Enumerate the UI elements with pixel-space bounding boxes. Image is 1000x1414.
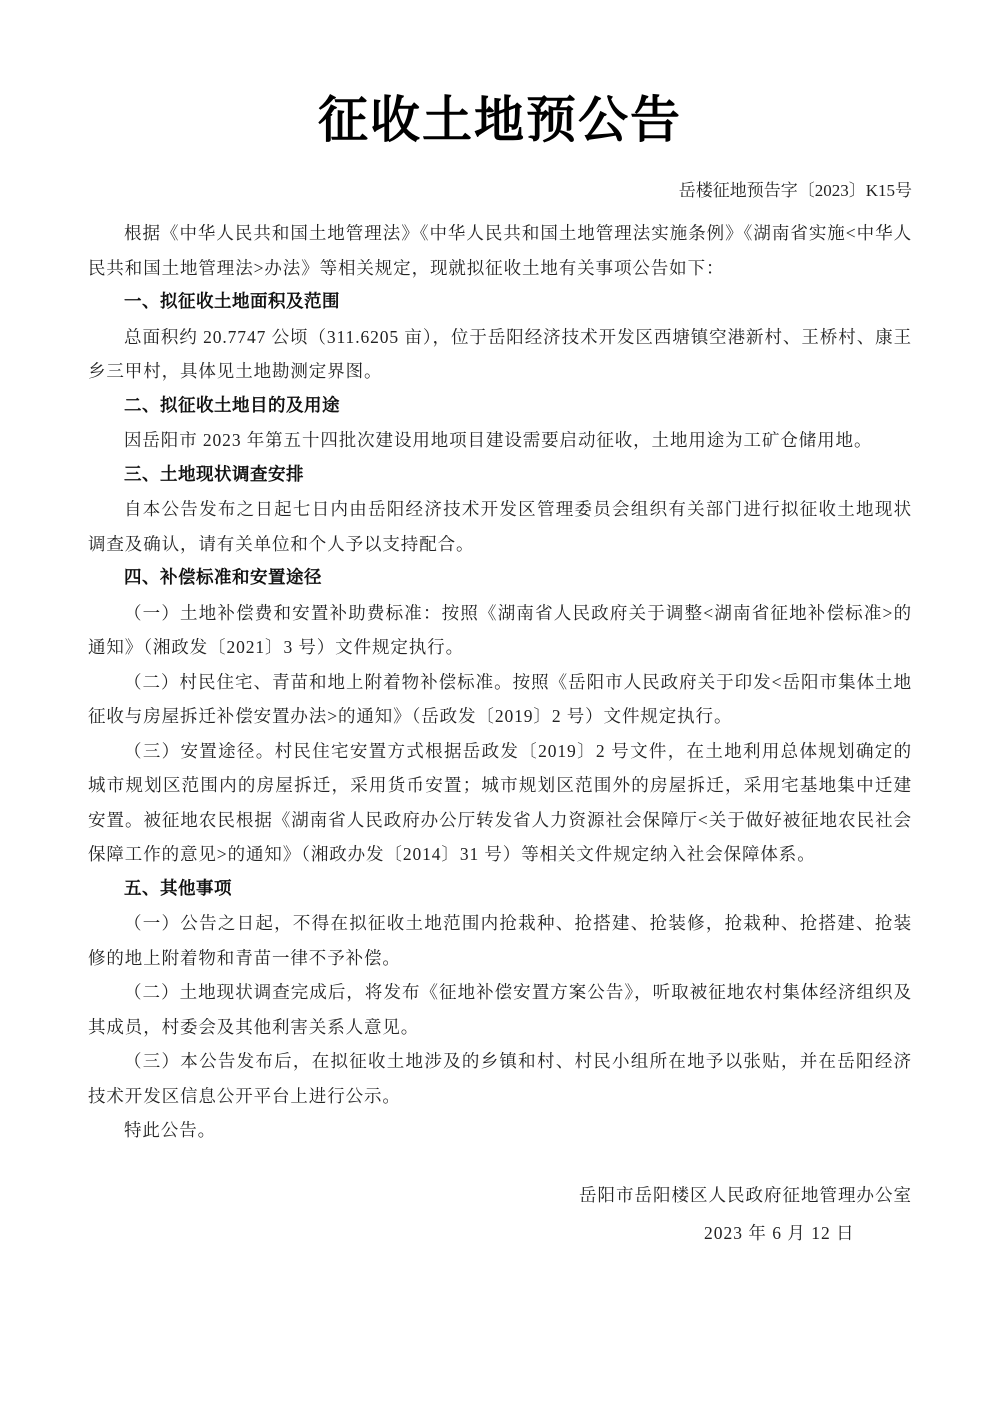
section-1-paragraph-1: 总面积约 20.7747 公顷（311.6205 亩），位于岳阳经济技术开发区西… [88, 320, 912, 389]
section-5-paragraph-3: （三）本公告发布后，在拟征收土地涉及的乡镇和村、村民小组所在地予以张贴，并在岳阳… [88, 1044, 912, 1113]
document-title: 征收土地预公告 [0, 88, 1000, 152]
section-heading-2: 二、拟征收土地目的及用途 [88, 389, 912, 424]
section-3-paragraph-1: 自本公告发布之日起七日内由岳阳经济技术开发区管理委员会组织有关部门进行拟征收土地… [88, 492, 912, 561]
issuer-signature: 岳阳市岳阳楼区人民政府征地管理办公室 [579, 1182, 912, 1207]
section-5-paragraph-1: （一）公告之日起，不得在拟征收土地范围内抢栽种、抢搭建、抢装修，抢栽种、抢搭建、… [88, 906, 912, 975]
section-heading-4: 四、补偿标准和安置途径 [88, 561, 912, 596]
document-body: 根据《中华人民共和国土地管理法》《中华人民共和国土地管理法实施条例》《湖南省实施… [88, 216, 912, 1148]
issue-date: 2023 年 6 月 12 日 [704, 1220, 855, 1245]
section-heading-1: 一、拟征收土地面积及范围 [88, 285, 912, 320]
section-heading-3: 三、土地现状调查安排 [88, 458, 912, 493]
section-2-paragraph-1: 因岳阳市 2023 年第五十四批次建设用地项目建设需要启动征收，土地用途为工矿仓… [88, 423, 912, 458]
intro-paragraph: 根据《中华人民共和国土地管理法》《中华人民共和国土地管理法实施条例》《湖南省实施… [88, 216, 912, 285]
closing-statement: 特此公告。 [88, 1113, 912, 1148]
section-heading-5: 五、其他事项 [88, 872, 912, 907]
section-4-paragraph-1: （一）土地补偿费和安置补助费标准：按照《湖南省人民政府关于调整<湖南省征地补偿标… [88, 596, 912, 665]
document-number: 岳楼征地预告字〔2023〕K15号 [679, 176, 912, 201]
section-5-paragraph-2: （二）土地现状调查完成后，将发布《征地补偿安置方案公告》，听取被征地农村集体经济… [88, 975, 912, 1044]
section-4-paragraph-2: （二）村民住宅、青苗和地上附着物补偿标准。按照《岳阳市人民政府关于印发<岳阳市集… [88, 665, 912, 734]
section-4-paragraph-3: （三）安置途径。村民住宅安置方式根据岳政发〔2019〕2 号文件，在土地利用总体… [88, 734, 912, 872]
